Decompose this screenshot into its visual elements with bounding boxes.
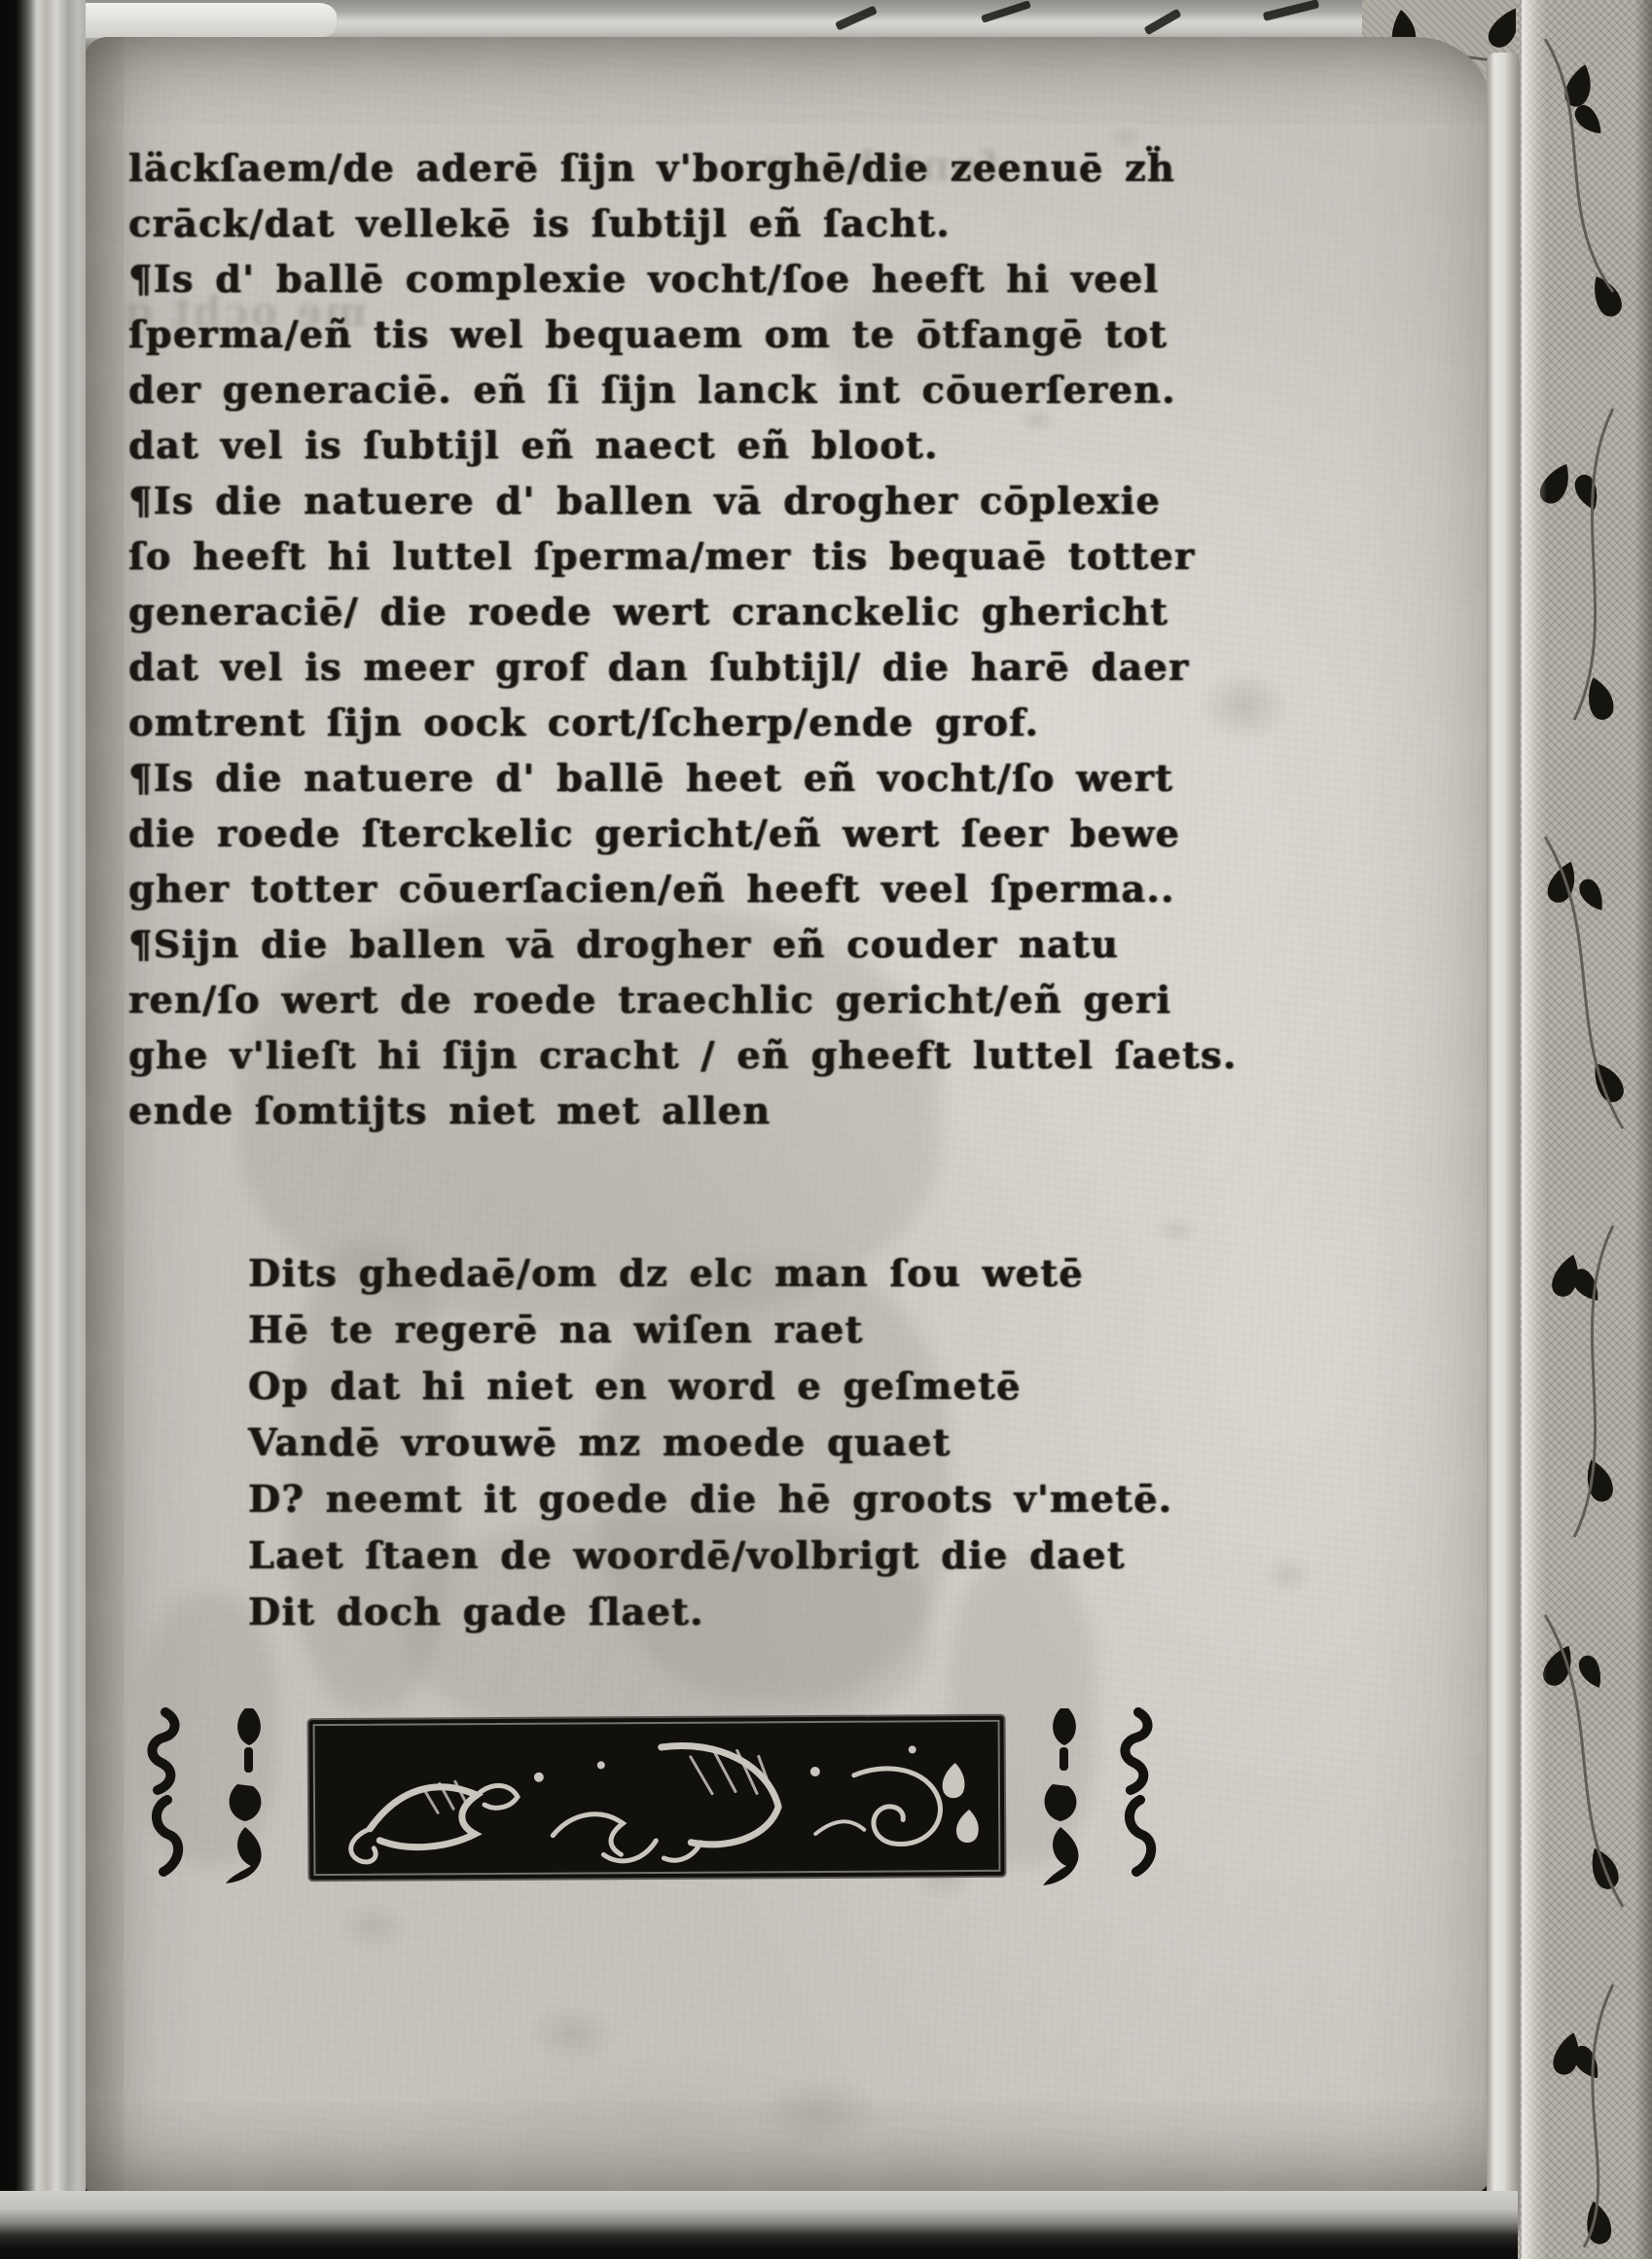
text-line: ende ſomtijts niet met allen	[128, 1089, 1228, 1144]
text-line: ren/ſo wert de roede traechlic gericht/e…	[128, 978, 1228, 1033]
text-line: ¶Sijn die ballen vā drogher eñ couder na…	[128, 922, 1228, 978]
text-line: der generaciē. eñ ſi ſijn lanck int cōue…	[128, 368, 1228, 423]
poem-line: Laet ſtaen de woordē/volbrigt die daet	[248, 1533, 1172, 1590]
text-line: ſo heeft hi luttel ſperma/mer tis bequaē…	[128, 534, 1228, 590]
text-block: läckſaem/de aderē ſijn v'borghē/die zeen…	[128, 146, 1228, 1144]
endpaper-shadow	[1634, 0, 1652, 2259]
damp-stain	[405, 2041, 891, 2197]
text-line: crāck/dat vellekē is ſubtijl eñ ſacht.	[128, 201, 1228, 257]
text-line: dat vel is ſubtijl eñ naect eñ bloot.	[128, 423, 1228, 479]
text-line: ¶Is d' ballē complexie vocht/ſoe heeft h…	[128, 257, 1228, 312]
woodcut-band	[309, 1716, 1005, 1880]
poem-line: Op dat hi niet en word e geſmetē	[248, 1364, 1172, 1420]
stain	[1261, 1555, 1314, 1596]
book-page: ſone beer me ocht g läckſaem/de aderē ſi…	[84, 37, 1494, 2199]
text-line: ¶Is die natuere d' ballē heet eñ vocht/ſ…	[128, 756, 1228, 811]
poem-line: D? neemt it goede die hē groots v'metē.	[248, 1477, 1172, 1533]
text-line: ſperma/eñ tis wel bequaem om te ōtfangē …	[128, 312, 1228, 368]
gutter-page-edges	[0, 0, 86, 2259]
bottom-page-edges	[0, 2191, 1518, 2259]
text-line: generaciē/ die roede wert cranckelic ghe…	[128, 590, 1228, 645]
endpaper-crease	[1522, 0, 1547, 2259]
poem-line: Hē te regerē na wiſen raet	[248, 1308, 1172, 1364]
text-line: gher totter cōuerſacien/eñ heeft veel ſp…	[128, 867, 1228, 922]
text-line: die roede ſterckelic gericht/eñ wert ſee…	[128, 811, 1228, 867]
text-line: omtrent ſijn oock cort/ſcherp/ende grof.	[128, 700, 1228, 756]
text-line: ghe v'lieſt hi ſijn cracht / eñ gheeft l…	[128, 1033, 1228, 1089]
fore-edge-pages	[1487, 53, 1520, 2238]
poem-line: Dits ghedaē/om dz elc man ſou wetē	[248, 1251, 1172, 1308]
poem-line: Dit doch gade ſlaet.	[248, 1590, 1172, 1646]
book-photograph: ſone beer me ocht g läckſaem/de aderē ſi…	[0, 0, 1652, 2259]
poem-block: Dits ghedaē/om dz elc man ſou wetē Hē te…	[248, 1251, 1172, 1646]
stain	[337, 1900, 410, 1954]
fleuron-right-icon	[1024, 1701, 1169, 1894]
poem-line: Vandē vrouwē mz moede quaet	[248, 1420, 1172, 1477]
decorated-endpaper	[1516, 0, 1652, 2259]
fleuron-left-icon	[136, 1703, 292, 1891]
text-line: dat vel is meer grof dan ſubtijl/ die ha…	[128, 645, 1228, 700]
text-line: läckſaem/de aderē ſijn v'borghē/die zeen…	[128, 146, 1228, 201]
text-line: ¶Is die natuere d' ballen vā drogher cōp…	[128, 479, 1228, 534]
woodcut-band-icon	[309, 1716, 1005, 1880]
stain	[1154, 1214, 1201, 1245]
